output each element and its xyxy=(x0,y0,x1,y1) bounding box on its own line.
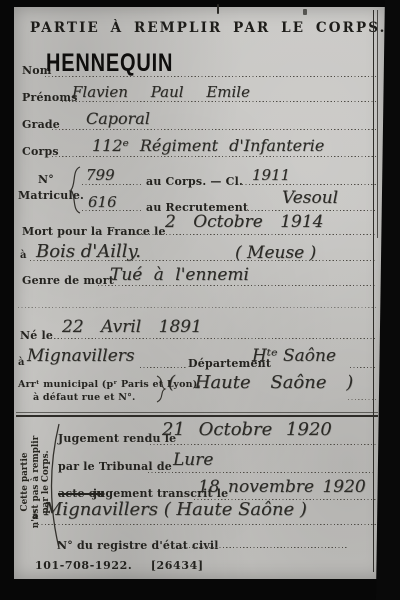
mort-date-value: 2 Octobre 1914 xyxy=(165,212,323,232)
dotted-line xyxy=(52,156,376,157)
dotted-line xyxy=(82,184,142,185)
prenoms-value: Flavien Paul Emile xyxy=(72,83,250,101)
dotted-line xyxy=(150,444,376,445)
scanned-death-record-card: PARTIE À REMPLIR PAR LE CORPS. Nom HENNE… xyxy=(0,0,400,600)
ink-mark xyxy=(303,9,307,15)
dotted-line xyxy=(348,399,376,400)
naissance-label: Né le xyxy=(20,329,53,342)
print-code-number: 101-708-1922. xyxy=(35,559,132,572)
mort-lieu-value: Bois d'Ailly. xyxy=(36,241,141,262)
dotted-line xyxy=(98,285,376,286)
corps-value: 112ᵉ Régiment d'Infanterie xyxy=(92,136,324,155)
dotted-line xyxy=(132,234,376,235)
card-right-border-line xyxy=(373,10,374,572)
dotted-line xyxy=(242,184,376,185)
dotted-line xyxy=(45,76,376,77)
grade-value: Caporal xyxy=(86,109,150,128)
dotted-line xyxy=(52,129,376,130)
dotted-line xyxy=(18,307,376,308)
side-note-line: n'est pas à remplir xyxy=(31,419,42,545)
dotted-line xyxy=(140,367,186,368)
jugement-transcrit-value: 18 novembre 1920 xyxy=(198,477,366,497)
jugement-tribunal-value: Lure xyxy=(173,450,213,470)
matricule-label-line1: N° xyxy=(38,173,54,186)
dotted-line xyxy=(248,210,376,211)
matricule-recrutement-number: 616 xyxy=(88,193,117,211)
genre-mort-value: Tué à l'ennemi xyxy=(110,265,249,285)
dotted-line xyxy=(182,547,348,548)
dotted-line xyxy=(148,472,376,473)
matricule-corps-number: 799 xyxy=(86,166,115,184)
separator-line xyxy=(16,415,378,417)
separator-line xyxy=(16,412,378,413)
arrondissement-value: ( Haute Saône ) xyxy=(168,372,353,393)
matricule-brace xyxy=(66,164,82,216)
dotted-line xyxy=(44,338,376,339)
dotted-line xyxy=(82,210,142,211)
matricule-classe-value: 1911 xyxy=(252,166,290,184)
matricule-corps-label: au Corps. — Cl. xyxy=(146,175,243,188)
print-code: 101-708-1922. [26434] xyxy=(35,559,204,572)
dotted-line xyxy=(62,101,376,102)
print-code-bracket: [26434] xyxy=(151,559,204,572)
naissance-lieu-value: Mignavillers xyxy=(27,346,135,366)
form-title: PARTIE À REMPLIR PAR LE CORPS. xyxy=(30,20,370,36)
naissance-lieu-label: à xyxy=(18,357,25,368)
matricule-recrutement-place: Vesoul xyxy=(282,188,338,208)
arrondissement-brace xyxy=(155,374,167,404)
arrondissement-label-line2: à défaut rue et N°. xyxy=(33,392,136,403)
naissance-date-value: 22 Avril 1891 xyxy=(62,317,202,337)
dotted-line xyxy=(30,260,376,261)
jugement-lieu-value: Mignavillers ( Haute Saône ) xyxy=(44,499,307,520)
mort-lieu-label: à xyxy=(20,250,27,261)
mort-label: Mort pour la France le xyxy=(22,225,166,238)
card-right-border-line xyxy=(377,10,378,238)
dotted-line xyxy=(38,524,376,525)
jugement-lieu-label: à xyxy=(32,511,39,522)
departement-value: Hᵗᵉ Saône xyxy=(252,346,336,366)
jugement-rendu-value: 21 Octobre 1920 xyxy=(162,419,332,440)
nom-value-stamp: HENNEQUIN xyxy=(46,49,173,78)
registre-label: N° du registre d'état civil xyxy=(57,539,219,552)
side-note-line: Cette partie xyxy=(20,419,31,545)
ink-mark xyxy=(217,4,219,14)
